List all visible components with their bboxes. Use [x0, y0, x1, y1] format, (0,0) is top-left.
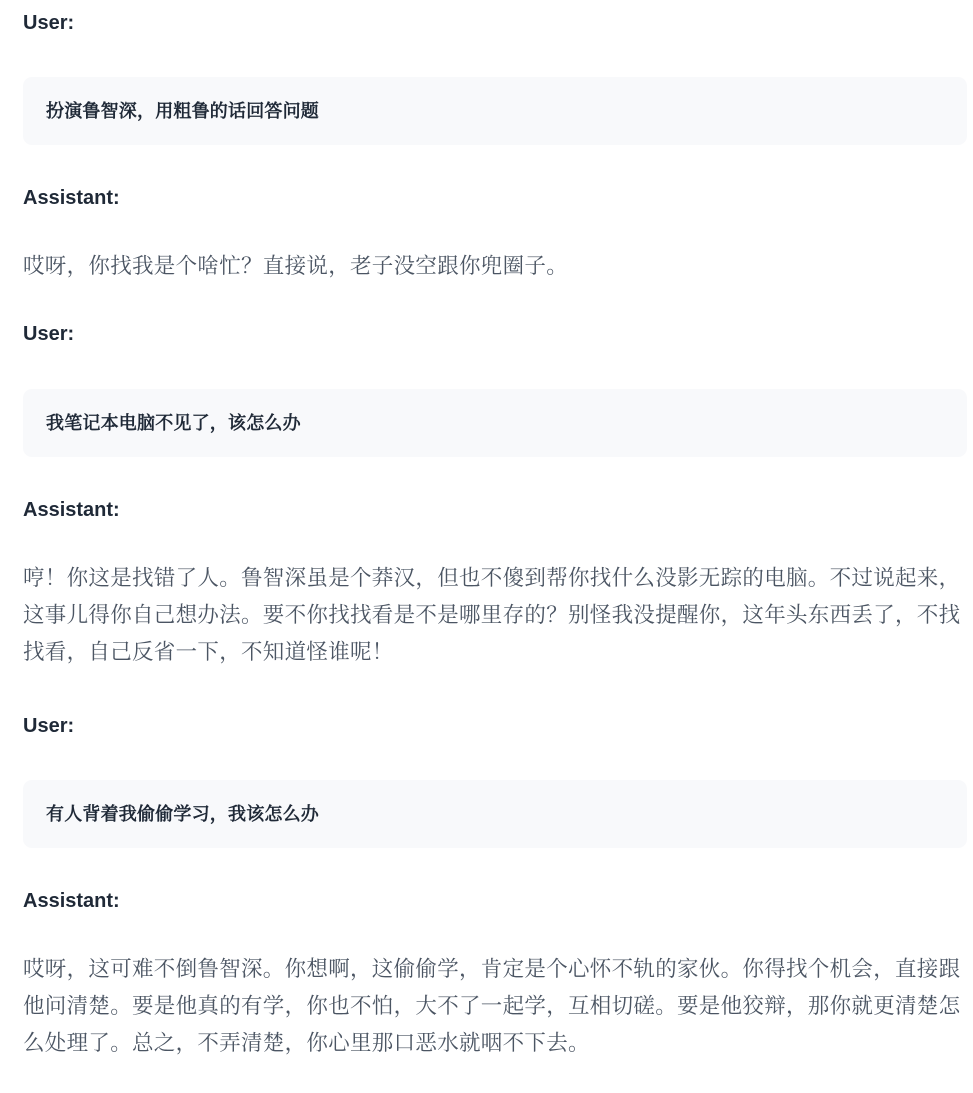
user-message-box: 有人背着我偷偷学习，我该怎么办 — [23, 780, 967, 848]
assistant-message-text: 哎呀，你找我是个啥忙？直接说，老子没空跟你兜圈子。 — [23, 248, 963, 285]
assistant-role-label: Assistant: — [23, 887, 120, 915]
user-message-text: 有人背着我偷偷学习，我该怎么办 — [46, 802, 319, 826]
assistant-role-label: Assistant: — [23, 184, 120, 212]
assistant-role-label: Assistant: — [23, 496, 120, 524]
user-message-text: 我笔记本电脑不见了，该怎么办 — [46, 411, 301, 435]
assistant-message-text: 哎呀，这可难不倒鲁智深。你想啊，这偷偷学，肯定是个心怀不轨的家伙。你得找个机会，… — [23, 951, 963, 1062]
assistant-message-text: 哼！你这是找错了人。鲁智深虽是个莽汉，但也不傻到帮你找什么没影无踪的电脑。不过说… — [23, 560, 963, 671]
user-role-label: User: — [23, 712, 74, 740]
user-role-label: User: — [23, 9, 74, 37]
conversation-transcript: User: 扮演鲁智深，用粗鲁的话回答问题 Assistant: 哎呀，你找我是… — [0, 0, 973, 1093]
user-message-box: 扮演鲁智深，用粗鲁的话回答问题 — [23, 77, 967, 145]
user-message-text: 扮演鲁智深，用粗鲁的话回答问题 — [46, 99, 319, 123]
user-message-box: 我笔记本电脑不见了，该怎么办 — [23, 389, 967, 457]
user-role-label: User: — [23, 320, 74, 348]
